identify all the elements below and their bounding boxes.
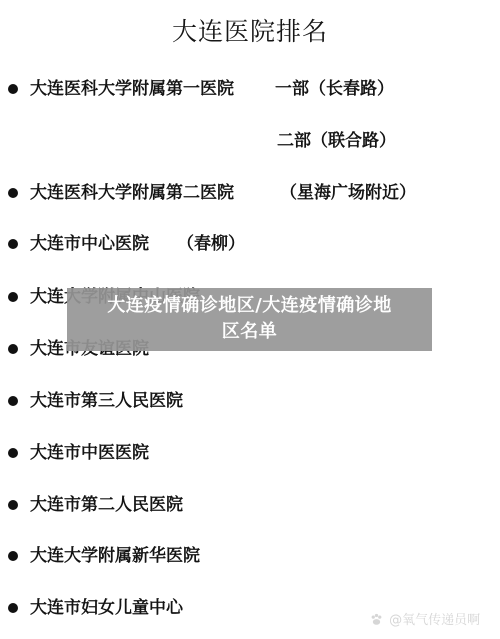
list-item: 大连市第二人民医院 <box>0 492 500 518</box>
list-item: 大连医科大学附属第一医院 一部（长春路） <box>0 76 500 102</box>
bullet-icon <box>8 448 18 458</box>
paw-icon <box>370 613 383 626</box>
hospital-name: 大连医科大学附属第二医院 <box>30 180 234 206</box>
bullet-icon <box>8 239 18 249</box>
bullet-icon <box>8 84 18 94</box>
bullet-icon <box>8 551 18 561</box>
list-item: 大连大学附属新华医院 <box>0 543 500 569</box>
bullet-icon <box>8 396 18 406</box>
list-item: 大连市第三人民医院 <box>0 388 500 414</box>
bullet-icon <box>8 603 18 613</box>
watermark: @氧气传递员啊 <box>370 609 480 628</box>
bullet-icon <box>8 188 18 198</box>
banner-line-1: 大连疫情确诊地区/大连疫情确诊地 <box>67 293 432 319</box>
hospital-name: 大连市第三人民医院 <box>30 388 183 414</box>
list-item: 大连市中心医院 （春柳） <box>0 231 500 257</box>
hospital-name: 大连市第二人民医院 <box>30 492 183 518</box>
watermark-text: @氧气传递员啊 <box>389 613 480 628</box>
hospital-name: 大连市中医医院 <box>30 440 149 466</box>
list-item: 大连医科大学附属第二医院 （星海广场附近） <box>0 180 500 206</box>
list-item: 大连市中医医院 <box>0 440 500 466</box>
bullet-icon <box>8 292 18 302</box>
page-title: 大连医院排名 <box>0 12 500 48</box>
hospital-note: 一部（长春路） <box>275 76 394 102</box>
list-item-continuation: 二部（联合路） <box>0 128 500 154</box>
bullet-icon <box>8 500 18 510</box>
hospital-name: 大连市中心医院 <box>30 231 149 257</box>
hospital-note: （星海广场附近） <box>280 180 416 206</box>
hospital-name: 大连市妇女儿童中心 <box>30 595 183 621</box>
hospital-note: （春柳） <box>177 231 245 257</box>
hospital-name: 大连大学附属新华医院 <box>30 543 200 569</box>
hospital-note: 二部（联合路） <box>277 128 396 154</box>
banner-line-2: 区名单 <box>67 319 432 345</box>
hospital-name: 大连医科大学附属第一医院 <box>30 76 234 102</box>
bullet-icon <box>8 344 18 354</box>
overlay-caption-banner: 大连疫情确诊地区/大连疫情确诊地 区名单 <box>67 288 432 351</box>
